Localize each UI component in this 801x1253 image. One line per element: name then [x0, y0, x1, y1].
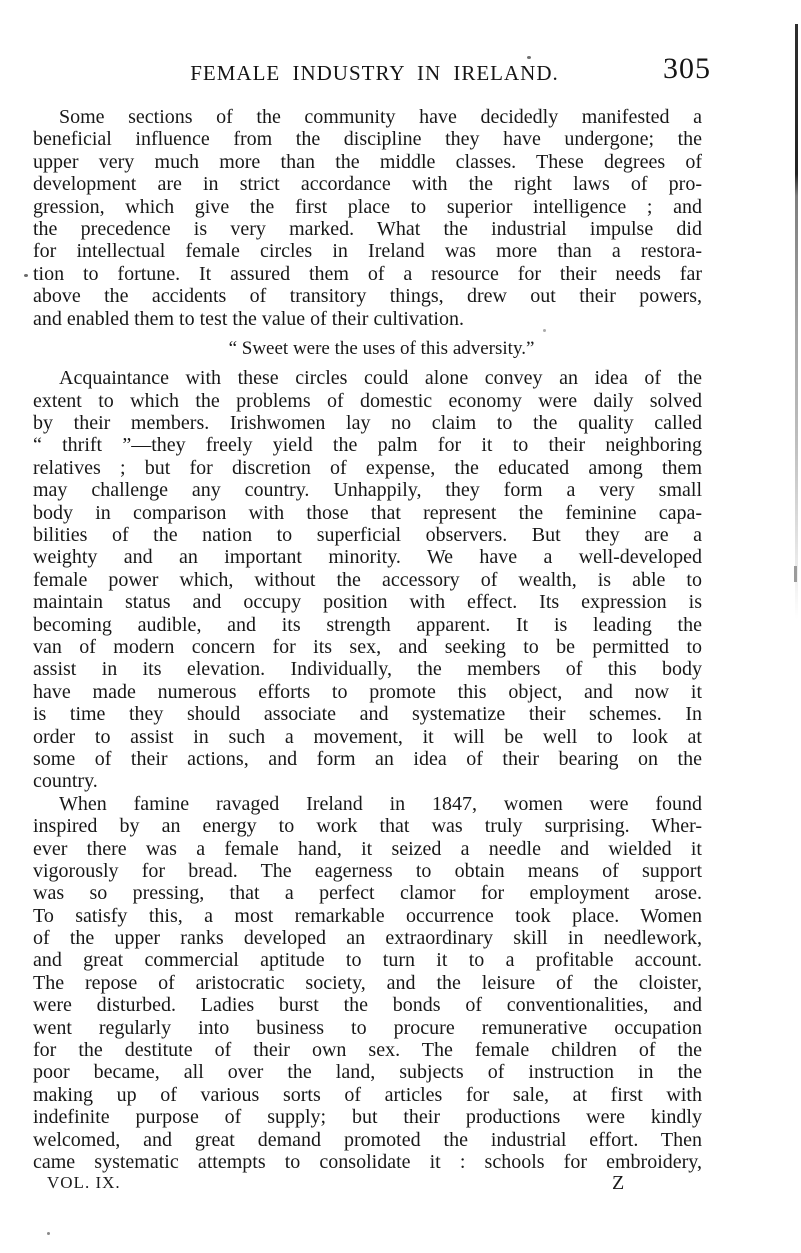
text-line: assist in its elevation. Individually, t…: [33, 658, 702, 680]
ink-speck: [24, 274, 28, 277]
text-line: upper very much more than the middle cla…: [33, 151, 702, 173]
running-title: FEMALE INDUSTRY IN IRELAND.: [190, 61, 559, 85]
page-edge-shadow: [795, 24, 798, 620]
text-line: bilities of the nation to superficial ob…: [33, 524, 702, 546]
book-page: FEMALE INDUSTRY IN IRELAND. 305 Some sec…: [0, 0, 801, 1253]
text-line: body in comparison with those that repre…: [33, 502, 702, 524]
text-line: is time they should associate and system…: [33, 703, 702, 725]
text-line: some of their actions, and form an idea …: [33, 748, 702, 770]
text-line: extent to which the problems of domestic…: [33, 390, 702, 412]
text-line: When famine ravaged Ireland in 1847, wom…: [33, 793, 702, 815]
text-line: for the destitute of their own sex. The …: [33, 1039, 702, 1061]
text-line: and great commercial aptitude to turn it…: [33, 949, 702, 971]
text-line: weighty and an important minority. We ha…: [33, 546, 702, 568]
text-line: for intellectual female circles in Irela…: [33, 240, 702, 262]
text-line: relatives ; but for discretion of expens…: [33, 457, 702, 479]
text-line: van of modern concern for its sex, and s…: [33, 636, 702, 658]
text-line: poor became, all over the land, subjects…: [33, 1061, 702, 1083]
text-line: making up of various sorts of articles f…: [33, 1084, 702, 1106]
text-line: vigorously for bread. The eagerness to o…: [33, 860, 702, 882]
text-line: gression, which give the first place to …: [33, 196, 702, 218]
page-number: 305: [663, 54, 711, 84]
paragraph: When famine ravaged Ireland in 1847, wom…: [33, 793, 702, 1174]
ink-speck: [47, 1232, 50, 1235]
text-line: went regularly into business to procure …: [33, 1017, 702, 1039]
text-line: “ thrift ”—they freely yield the palm fo…: [33, 434, 702, 456]
text-line: beneficial influence from the discipline…: [33, 128, 702, 150]
text-line: of the upper ranks developed an extraord…: [33, 927, 702, 949]
text-line: order to assist in such a movement, it w…: [33, 726, 702, 748]
text-line: may challenge any country. Unhappily, th…: [33, 479, 702, 501]
ink-speck: [527, 56, 531, 59]
volume-label: VOL. IX.: [47, 1174, 121, 1191]
text-line: female power which, without the accessor…: [33, 569, 702, 591]
ink-speck: [543, 329, 546, 332]
text-line: development are in strict accordance wit…: [33, 173, 702, 195]
signature-mark: Z: [612, 1173, 624, 1193]
text-line: above the accidents of transitory things…: [33, 285, 702, 307]
text-line: were disturbed. Ladies burst the bonds o…: [33, 994, 702, 1016]
text-line: and enabled them to test the value of th…: [33, 308, 702, 330]
verse-quote: “ Sweet were the uses of this adversity.…: [33, 338, 702, 360]
text-line: came systematic attempts to consolidate …: [33, 1151, 702, 1173]
text-line: maintain status and occupy position with…: [33, 591, 702, 613]
text-line: indefinite purpose of supply; but their …: [33, 1106, 702, 1128]
text-line: welcomed, and great demand promoted the …: [33, 1129, 702, 1151]
text-line: was so pressing, that a perfect clamor f…: [33, 882, 702, 904]
text-line: To satisfy this, a most remarkable occur…: [33, 905, 702, 927]
text-line: becoming audible, and its strength appar…: [33, 614, 702, 636]
text-line: Some sections of the community have deci…: [33, 106, 702, 128]
text-line: tion to fortune. It assured them of a re…: [33, 263, 702, 285]
paragraph: Acquaintance with these circles could al…: [33, 367, 702, 792]
text-column: Some sections of the community have deci…: [33, 106, 702, 1173]
text-line: Acquaintance with these circles could al…: [33, 367, 702, 389]
paragraph: Some sections of the community have deci…: [33, 106, 702, 330]
text-line: ever there was a female hand, it seized …: [33, 838, 702, 860]
text-line: inspired by an energy to work that was t…: [33, 815, 702, 837]
page-header: FEMALE INDUSTRY IN IRELAND.: [40, 63, 709, 84]
text-line: The repose of aristocratic society, and …: [33, 972, 702, 994]
text-line: “ Sweet were the uses of this adversity.…: [33, 338, 702, 360]
page-edge-mark: [794, 566, 797, 582]
text-line: by their members. Irishwomen lay no clai…: [33, 412, 702, 434]
text-line: have made numerous efforts to promote th…: [33, 681, 702, 703]
text-line: the precedence is very marked. What the …: [33, 218, 702, 240]
text-line: country.: [33, 770, 702, 792]
